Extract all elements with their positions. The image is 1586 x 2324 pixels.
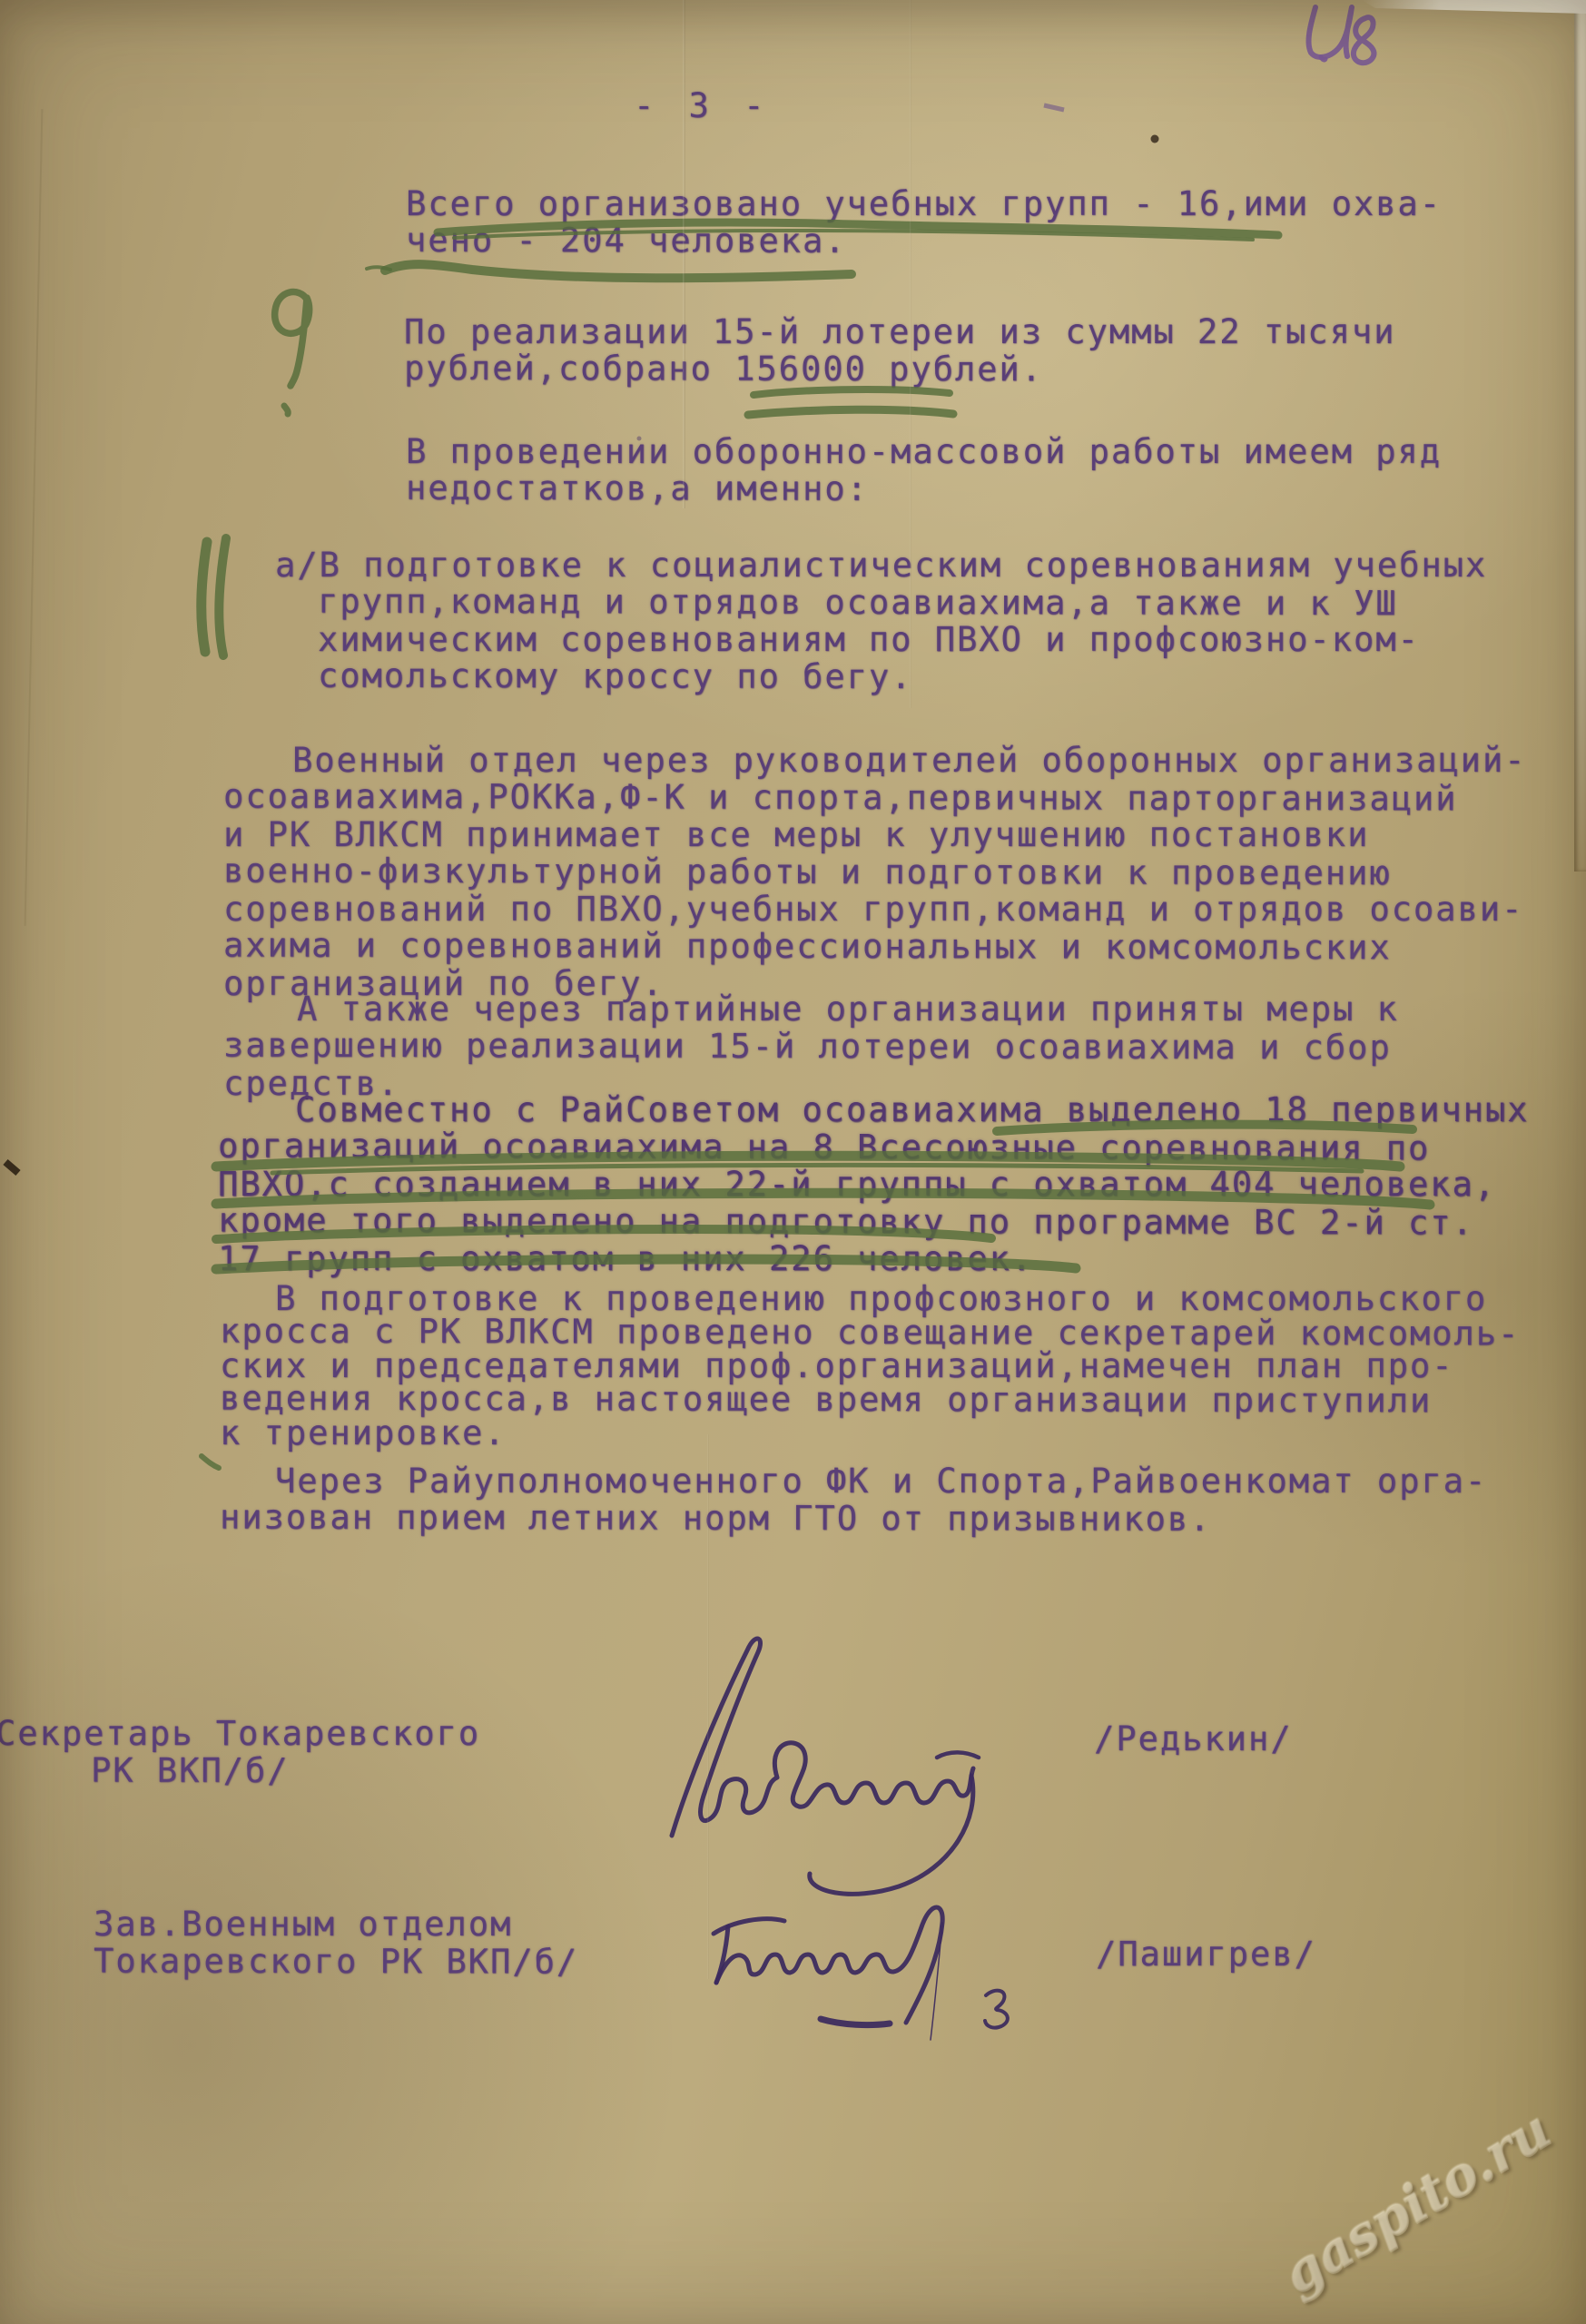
- text-line: организаций осоавиахима на 8 Всесоюзные …: [218, 1127, 1530, 1167]
- page-corner-backing: [1362, 0, 1586, 14]
- green-underline-204-people: [367, 264, 852, 278]
- document-scan: - 3 - Всего организовано учебных групп -…: [0, 0, 1586, 2324]
- paragraph-military-department: Военный отдел через руководителей оборон…: [223, 742, 1526, 1002]
- paragraph-total-groups: Всего организовано учебных групп - 16,им…: [406, 185, 1442, 260]
- paper-crease: [25, 109, 44, 926]
- handwritten-page-annotation-48: [1308, 7, 1374, 63]
- text-line: химическим соревнованиям по ПВХО и профс…: [318, 621, 1487, 658]
- signature-name-pashigrev: /Пашигрев/: [1096, 1935, 1316, 1973]
- text-line: соревнований по ПВХО,учебных групп,коман…: [223, 891, 1526, 928]
- signature-pashigrev-autograph: [714, 1907, 1008, 2040]
- text-line: В проведении оборонно-массовой работы им…: [406, 433, 1442, 470]
- text-line: Военный отдел через руководителей оборон…: [292, 742, 1526, 779]
- signature-role-military-head: Зав.Военным отделомТокаревского РК ВКП/б…: [94, 1905, 578, 1980]
- paragraph-lottery: По реализации 15-й лотереи из суммы 22 т…: [404, 313, 1395, 388]
- text-line: 17 групп с охватом в них 226 человек.: [218, 1240, 1529, 1277]
- text-line: завершению реализации 15-й лотереи осоав…: [223, 1027, 1399, 1067]
- text-line: а/В подготовке к социалистическим соревн…: [275, 547, 1487, 584]
- paragraph-raysovet: Совместно с РайСоветом осоавиахима выдел…: [218, 1091, 1529, 1277]
- text-line: групп,команд и отрядов осоавиахима,а так…: [318, 583, 1487, 623]
- text-line: Секретарь Токаревского: [0, 1715, 480, 1752]
- handwritten-three-mark: [985, 1991, 1008, 2028]
- text-line: осоавиахима,РОККа,Ф-К и спорта,первичных…: [223, 777, 1527, 817]
- handwritten-nine-mark: [275, 292, 310, 414]
- text-line: чено - 204 человека.: [406, 222, 1442, 261]
- text-line: к тренировке.: [220, 1416, 1520, 1450]
- text-line: военно-физкультурной работы и подготовки…: [223, 852, 1527, 891]
- paragraph-party-orgs: А также через партийные организации прин…: [223, 990, 1399, 1102]
- green-margin-mark-item-a: [202, 538, 226, 655]
- text-line: недостатков,а именно:: [406, 469, 1442, 508]
- text-line: кросса с РК ВЛКСМ проведено совещание се…: [220, 1315, 1520, 1351]
- paragraph-cross-preparation: В подготовке к проведению профсоюзного и…: [220, 1282, 1520, 1450]
- text-line: ахима и соревнований профессиональных и …: [223, 926, 1527, 966]
- text-line: По реализации 15-й лотереи из суммы 22 т…: [404, 313, 1395, 350]
- text-line: РК ВКП/б/: [91, 1752, 480, 1790]
- signature-role-secretary: Секретарь ТокаревскогоРК ВКП/б/: [91, 1715, 480, 1789]
- text-line: ПВХО,с созданием в них 22-й группы с охв…: [218, 1166, 1529, 1203]
- signature-name-redkin: /Редькин/: [1094, 1720, 1292, 1758]
- watermark: gaspito.ru: [1273, 2058, 1586, 2324]
- text-line: Через Райуполномоченного ФК и Спорта,Рай…: [275, 1462, 1487, 1500]
- text-line: Всего организовано учебных групп - 16,им…: [406, 185, 1442, 222]
- page-number: - 3 -: [634, 87, 771, 124]
- text-line: Токаревского РК ВКП/б/: [94, 1942, 578, 1980]
- paragraph-shortcomings-intro: В проведении оборонно-массовой работы им…: [406, 433, 1442, 507]
- green-underline-156000: [748, 389, 953, 415]
- page-torn-edge: [1574, 0, 1586, 871]
- text-line: кроме того выделено на подготовку по про…: [218, 1201, 1530, 1241]
- paragraph-gto-norms: Через Райуполномоченного ФК и Спорта,Рай…: [220, 1462, 1487, 1537]
- paragraph-item-a: а/В подготовке к социалистическим соревн…: [318, 547, 1487, 695]
- text-line: Совместно с РайСоветом осоавиахима выдел…: [295, 1091, 1529, 1128]
- text-line: А также через партийные организации прин…: [297, 990, 1399, 1028]
- signature-redkin-autograph: [672, 1639, 979, 1894]
- text-line: В подготовке к проведению профсоюзного и…: [275, 1282, 1520, 1315]
- text-line: ведения кросса,в настоящее время организ…: [220, 1382, 1520, 1418]
- text-line: рублей,собрано 156000 рублей.: [404, 350, 1396, 389]
- text-line: Зав.Военным отделом: [94, 1905, 578, 1943]
- text-line: сомольскому кроссу по бегу.: [318, 657, 1487, 697]
- text-line: ских и председателями проф.организаций,н…: [220, 1349, 1520, 1383]
- text-line: низован прием летних норм ГТО от призывн…: [220, 1499, 1487, 1539]
- green-tick-gto-paragraph: [202, 1456, 219, 1468]
- text-line: и РК ВЛКСМ принимает все меры к улучшени…: [223, 816, 1526, 853]
